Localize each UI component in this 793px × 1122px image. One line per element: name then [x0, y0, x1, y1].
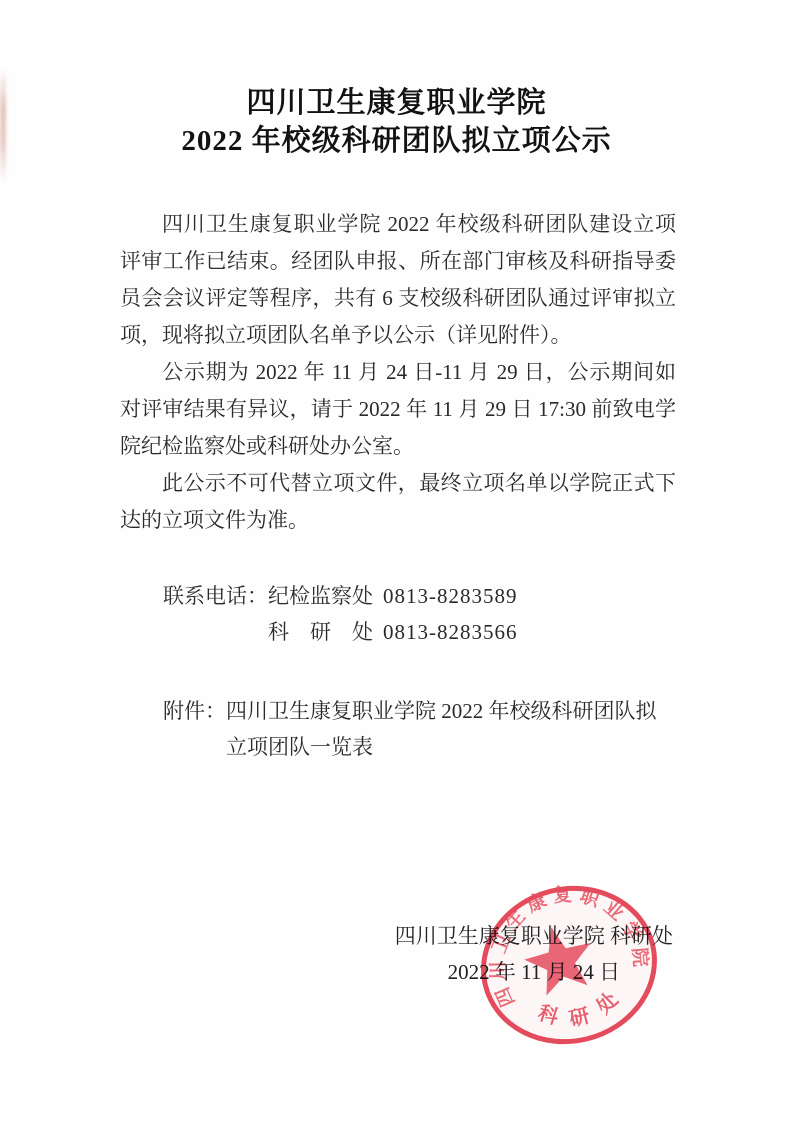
title-line-2: 2022 年校级科研团队拟立项公示: [0, 122, 793, 160]
body-text: 四川卫生康复职业学院 2022 年校级科研团队建设立项 评审工作已结束。经团队申…: [120, 206, 676, 539]
dept-name: 科 研 处: [268, 620, 373, 644]
body-line: 院纪检监察处或科研处办公室。: [120, 428, 676, 465]
dept-phone: 0813-8283589: [383, 584, 518, 608]
signature-issuer: 四川卫生康复职业学院 科研处: [395, 918, 673, 954]
contact-block: 联系电话：纪检监察处0813-8283589 科 研 处0813-8283566: [163, 578, 518, 650]
attachment-line: 四川卫生康复职业学院 2022 年校级科研团队拟: [226, 693, 657, 729]
dept-name: 纪检监察处: [268, 584, 373, 608]
paragraph-3: 此公示不可代替立项文件，最终立项名单以学院正式下 达的立项文件为准。: [120, 465, 676, 539]
body-line: 公示期为 2022 年 11 月 24 日-11 月 29 日，公示期间如: [120, 354, 676, 391]
signature-date: 2022 年 11 月 24 日: [395, 954, 673, 990]
body-line: 评审工作已结束。经团队申报、所在部门审核及科研指导委: [120, 243, 676, 280]
title-line-1: 四川卫生康复职业学院: [0, 84, 793, 122]
dept-phone: 0813-8283566: [383, 620, 518, 644]
signature-block: 四川卫生康复职业学院 科研处 2022 年 11 月 24 日: [395, 918, 673, 990]
paragraph-2: 公示期为 2022 年 11 月 24 日-11 月 29 日，公示期间如 对评…: [120, 354, 676, 465]
contact-label: 联系电话：: [163, 584, 268, 608]
body-line: 此公示不可代替立项文件，最终立项名单以学院正式下: [120, 465, 676, 502]
body-line: 对评审结果有异议，请于 2022 年 11 月 29 日 17:30 前致电学: [120, 391, 676, 428]
paragraph-1: 四川卫生康复职业学院 2022 年校级科研团队建设立项 评审工作已结束。经团队申…: [120, 206, 676, 354]
contact-line: 科 研 处0813-8283566: [163, 614, 518, 650]
document-title: 四川卫生康复职业学院 2022 年校级科研团队拟立项公示: [0, 84, 793, 160]
attachment-label: 附件：: [163, 693, 226, 729]
document-page: 四川卫生康复职业学院 2022 年校级科研团队拟立项公示 四川卫生康复职业学院 …: [0, 0, 793, 1122]
attachment-text: 四川卫生康复职业学院 2022 年校级科研团队拟 立项团队一览表: [226, 693, 657, 765]
attachment-line: 立项团队一览表: [226, 729, 657, 765]
body-line: 四川卫生康复职业学院 2022 年校级科研团队建设立项: [120, 206, 676, 243]
body-line: 达的立项文件为准。: [120, 502, 676, 539]
body-line: 项，现将拟立项团队名单予以公示（详见附件）。: [120, 317, 676, 354]
attachment-block: 附件： 四川卫生康复职业学院 2022 年校级科研团队拟 立项团队一览表: [163, 693, 657, 765]
contact-line: 联系电话：纪检监察处0813-8283589: [163, 578, 518, 614]
body-line: 员会会议评定等程序，共有 6 支校级科研团队通过评审拟立: [120, 280, 676, 317]
